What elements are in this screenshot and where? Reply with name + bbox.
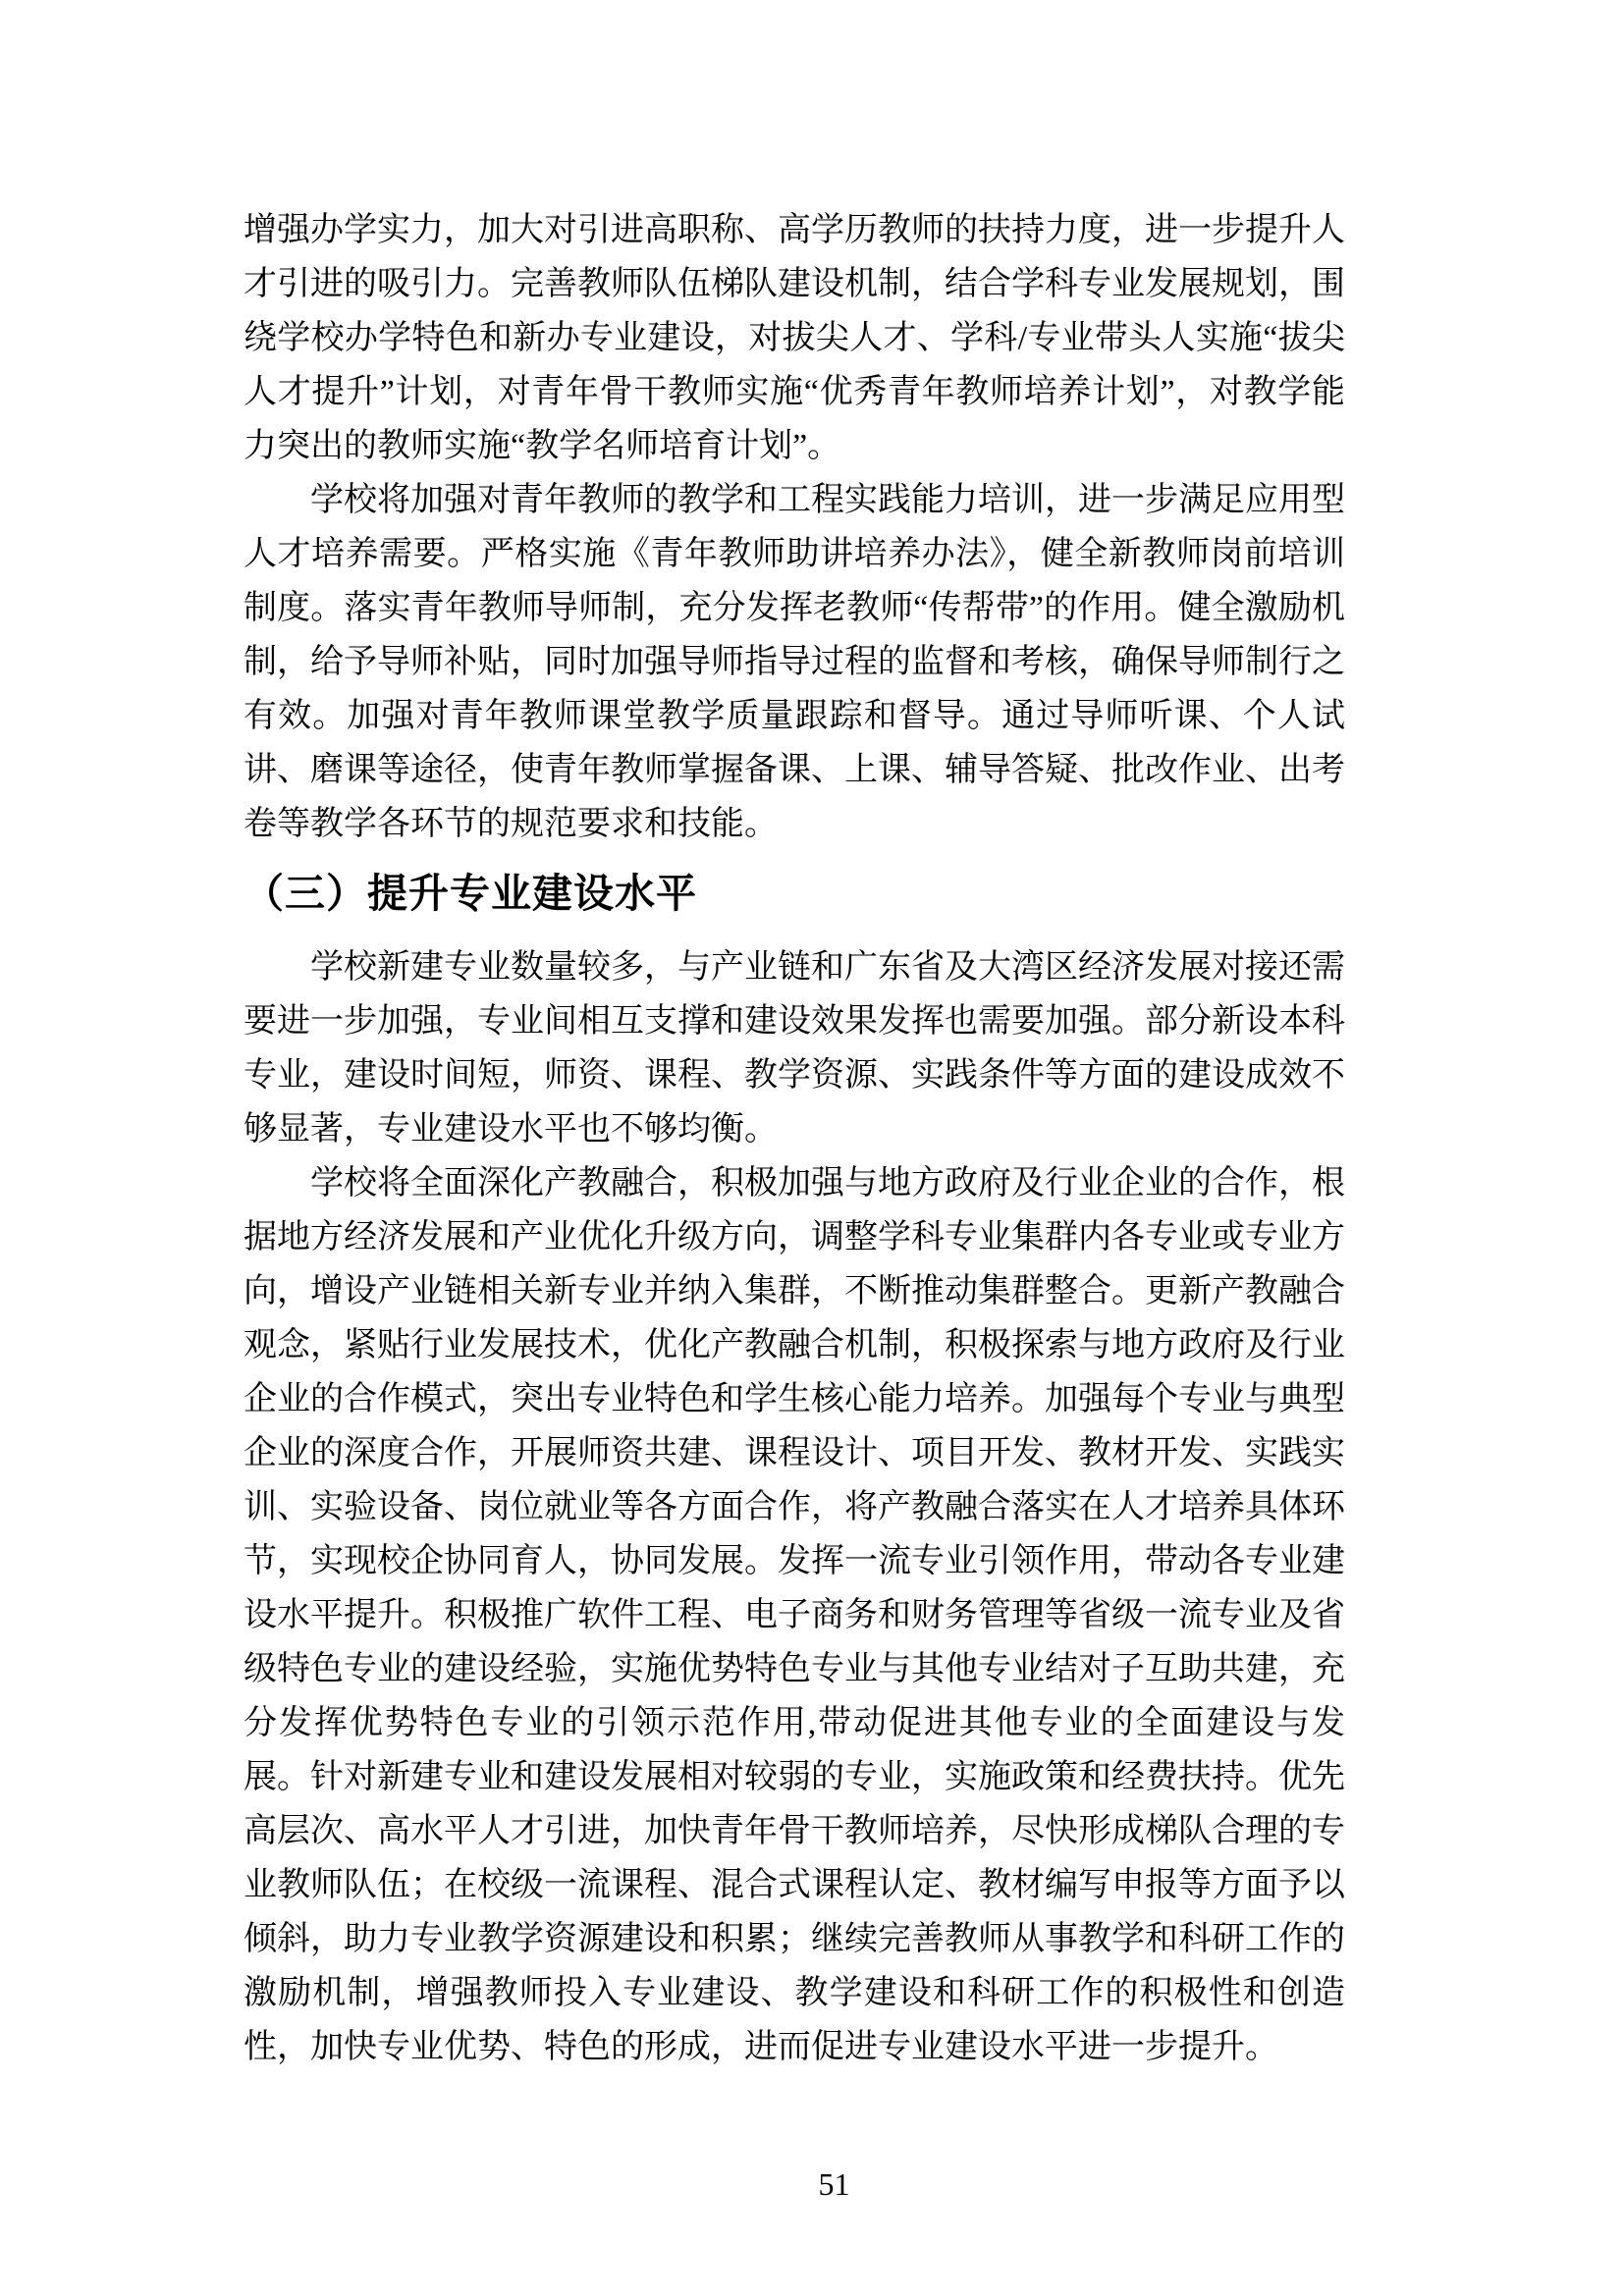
body-paragraph: 学校新建专业数量较多，与产业链和广东省及大湾区经济发展对接还需要进一步加强，专业… xyxy=(243,940,1345,1156)
section-heading: （三）提升专业建设水平 xyxy=(243,864,1345,923)
body-paragraph: 学校将全面深化产教融合，积极加强与地方政府及行业企业的合作，根据地方经济发展和产… xyxy=(243,1156,1345,2074)
body-paragraph: 学校将加强对青年教师的教学和工程实践能力培训，进一步满足应用型人才培养需要。严格… xyxy=(243,473,1345,851)
document-page: 增强办学实力，加大对引进高职称、高学历教师的扶持力度，进一步提升人才引进的吸引力… xyxy=(0,0,1623,2296)
text-block: 增强办学实力，加大对引进高职称、高学历教师的扶持力度，进一步提升人才引进的吸引力… xyxy=(243,203,1345,2074)
body-paragraph: 增强办学实力，加大对引进高职称、高学历教师的扶持力度，进一步提升人才引进的吸引力… xyxy=(243,203,1345,473)
page-number: 51 xyxy=(0,2165,1623,2203)
